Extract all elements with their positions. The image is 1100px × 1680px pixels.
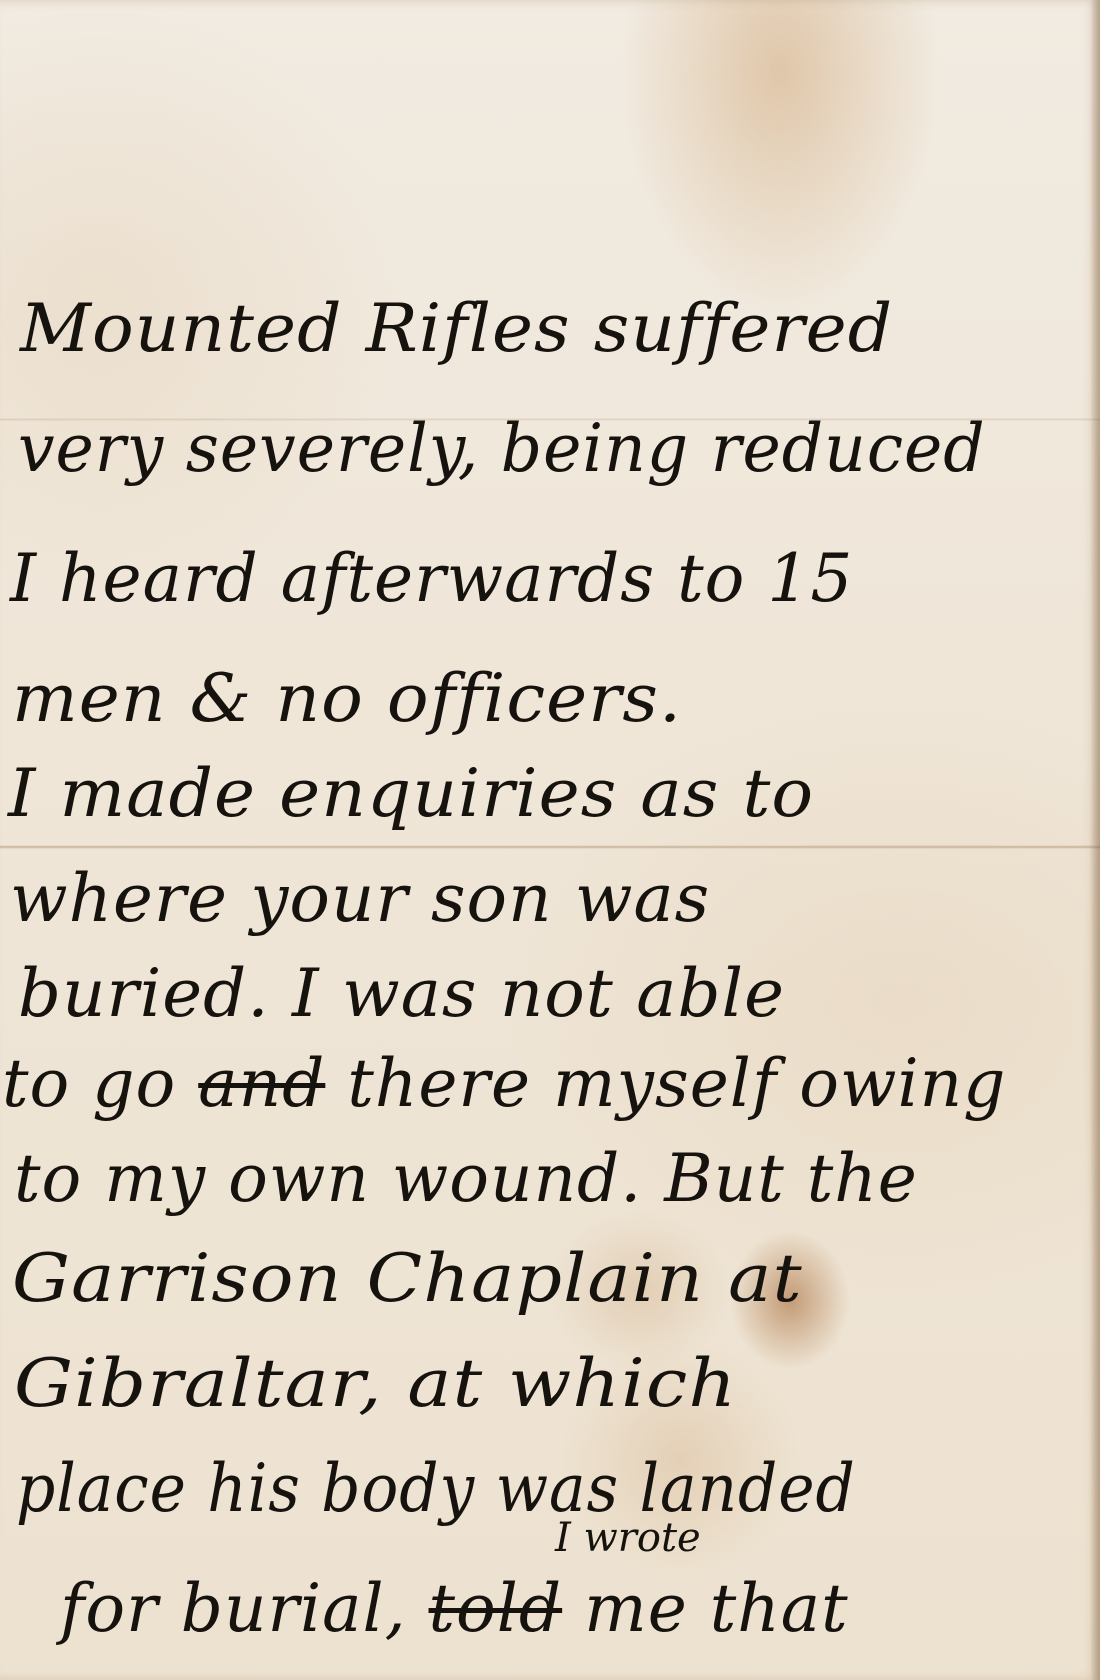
letter-line-12: place his body was landed — [16, 1450, 856, 1527]
paper-fold — [0, 845, 1100, 849]
letter-line-13-start: for burial, — [60, 1570, 407, 1647]
letter-line-1: Mounted Rifles suffered — [20, 290, 893, 367]
letter-line-9: to my own wound. But the — [14, 1140, 918, 1217]
paper-edge — [1090, 0, 1100, 1680]
inserted-words: I wrote — [555, 1515, 701, 1561]
letter-line-3: I heard afterwards to 15 — [10, 540, 853, 617]
letter-line-13: for burial, told me that — [60, 1570, 849, 1647]
struck-word-told: told — [429, 1570, 563, 1647]
letter-line-8-start: to go — [2, 1045, 176, 1122]
letter-line-7: buried. I was not able — [18, 955, 785, 1032]
letter-line-6: where your son was — [10, 860, 710, 937]
letter-line-8-end: there myself owing — [347, 1045, 1006, 1122]
letter-line-11: Gibraltar, at which — [14, 1345, 737, 1422]
letter-page: Mounted Rifles suffered very severely, b… — [0, 0, 1100, 1680]
letter-line-4: men & no officers. — [12, 660, 682, 737]
struck-word-and: and — [198, 1045, 325, 1122]
letter-line-10: Garrison Chaplain at — [12, 1240, 803, 1317]
letter-line-8: to go and there myself owing — [2, 1045, 1006, 1122]
letter-line-2: very severely, being reduced — [18, 410, 986, 487]
letter-line-13-end: me that — [584, 1570, 849, 1647]
letter-line-5: I made enquiries as to — [8, 755, 814, 832]
